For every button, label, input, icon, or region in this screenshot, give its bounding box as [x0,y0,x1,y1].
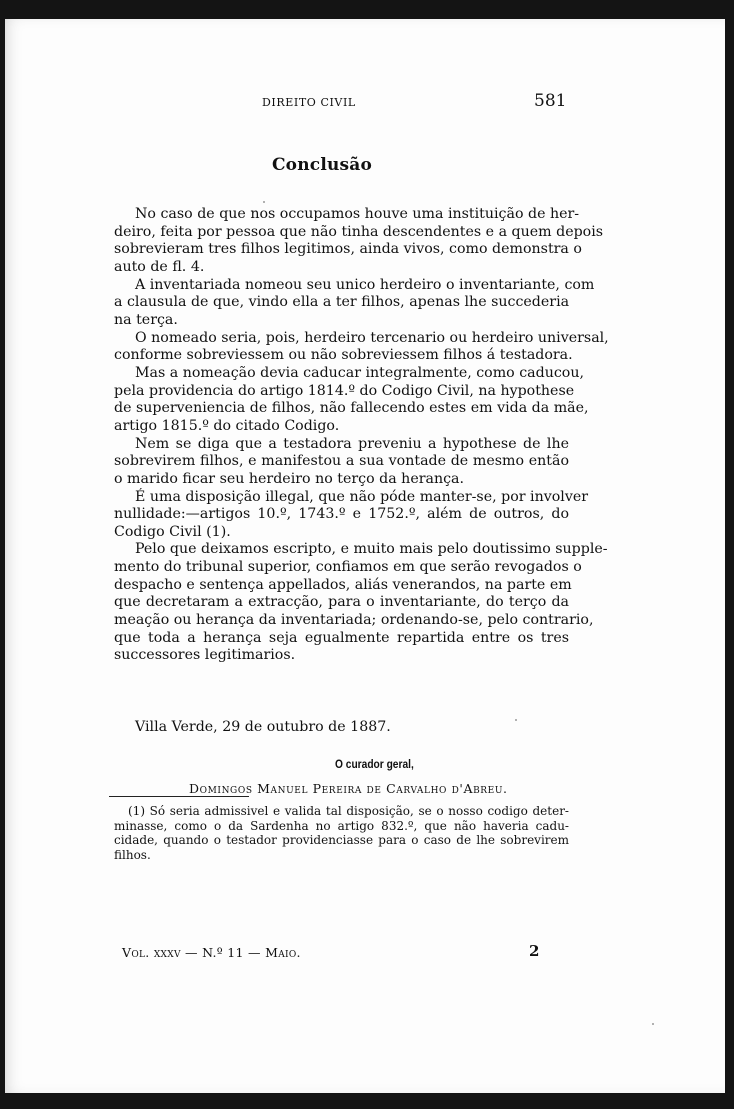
text-line: artigo 1815.º do citado Codigo. [114,418,569,436]
text-line: O nomeado seria, pois, herdeiro tercenar… [114,330,569,348]
section-title: Conclusão [5,155,639,175]
text-line: conforme sobreviessem ou não sobreviesse… [114,347,569,365]
text-line: successores legitimarios. [114,647,569,665]
paragraph: No caso de que nos occupamos houve uma i… [114,206,569,277]
text-line: É uma disposição illegal, que não póde m… [114,489,569,507]
text-line: pela providencia do artigo 1814.º do Cod… [114,383,569,401]
footnote-line: cidade, quando o testador providenciasse… [114,833,569,848]
page-number: 581 [534,91,566,111]
text-line: de superveniencia de filhos, não fallece… [114,400,569,418]
text-line: na terça. [114,312,569,330]
text-line: o marido ficar seu herdeiro no terço da … [114,471,569,489]
text-line: que toda a herança seja egualmente repar… [114,630,569,648]
footnote: (1) Só seria admissivel e valida tal dis… [114,804,569,863]
text-line: Mas a nomeação devia caducar integralmen… [114,365,569,383]
text-line: sobrevieram tres filhos legitimos, ainda… [114,241,569,259]
signature-role: O curador geral, [335,757,414,771]
footnote-line: (1) Só seria admissivel e valida tal dis… [114,804,569,819]
paragraph: O nomeado seria, pois, herdeiro tercenar… [114,330,569,365]
volume-line: Vol. xxxv — N.º 11 — Maio. [122,945,301,960]
scan-speck [515,719,517,721]
text-line: a clausula de que, vindo ella a ter filh… [114,294,569,312]
signature-mark: 2 [529,942,539,960]
paragraph: Nem se diga que a testadora preveniu a h… [114,436,569,489]
text-line: nullidade:—artigos 10.º, 1743.º e 1752.º… [114,506,569,524]
text-line: A inventariada nomeou seu unico herdeiro… [114,277,569,295]
dateline: Villa Verde, 29 de outubro de 1887. [135,719,391,735]
footnote-line: minasse, como o da Sardenha no artigo 83… [114,819,569,834]
scanned-page: DIREITO CIVIL 581 Conclusão No caso de q… [5,19,725,1093]
text-line: despacho e sentença appellados, aliás ve… [114,577,569,595]
footnote-line: filhos. [114,848,569,863]
running-head-title: DIREITO CIVIL [262,96,356,109]
text-line: sobrevirem filhos, e manifestou a sua vo… [114,453,569,471]
paragraph: Pelo que deixamos escripto, e muito mais… [114,541,569,665]
text-line: auto de fl. 4. [114,259,569,277]
text-line: deiro, feita por pessoa que não tinha de… [114,224,569,242]
scan-speck [263,201,265,203]
text-line: mento do tribunal superior, confiamos em… [114,559,569,577]
paragraph: A inventariada nomeou seu unico herdeiro… [114,277,569,330]
signature-name: Domingos Manuel Pereira de Carvalho d'Ab… [189,781,508,796]
paragraph: Mas a nomeação devia caducar integralmen… [114,365,569,436]
text-line: Pelo que deixamos escripto, e muito mais… [114,541,569,559]
page-footer: Vol. xxxv — N.º 11 — Maio. 2 [5,942,725,962]
text-line: Codigo Civil (1). [114,524,569,542]
paragraph: É uma disposição illegal, que não póde m… [114,489,569,542]
footnote-divider [109,796,249,797]
text-line: No caso de que nos occupamos houve uma i… [114,206,569,224]
scan-speck [652,1023,654,1025]
text-line: meação ou herança da inventariada; orden… [114,612,569,630]
running-head: DIREITO CIVIL 581 [5,91,725,115]
text-line: que decretaram a extracção, para o inven… [114,594,569,612]
body-text: No caso de que nos occupamos houve uma i… [114,206,569,665]
text-line: Nem se diga que a testadora preveniu a h… [114,436,569,454]
